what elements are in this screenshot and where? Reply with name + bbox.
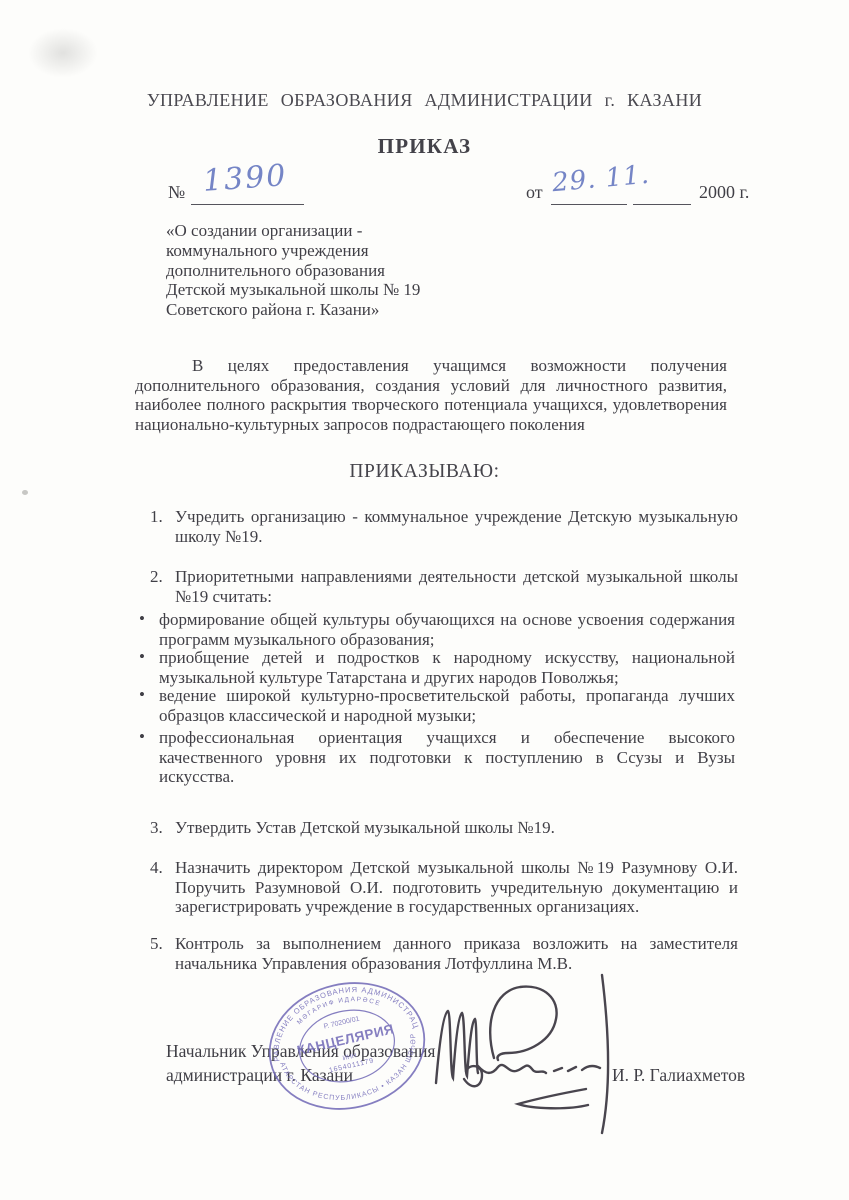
subject-block: «О создании организации - коммунального … [166, 221, 420, 320]
date-prefix: от [526, 182, 543, 203]
bullet-marker: • [139, 727, 145, 747]
item-text: Назначить директором Детской музыкальной… [175, 858, 738, 917]
bullet-marker: • [139, 647, 145, 667]
item-text: Приоритетными направлениями деятельности… [175, 567, 738, 606]
order-number-label: № [168, 182, 185, 203]
subject-line: дополнительного образования [166, 261, 420, 281]
subject-line: Детской музыкальной школы № 19 [166, 280, 420, 300]
subject-line: коммунального учреждения [166, 241, 420, 261]
item-number: 5. [150, 934, 163, 954]
bullet-text: приобщение детей и подростков к народном… [159, 648, 735, 687]
item-number: 4. [150, 858, 163, 878]
ordered-item-1: 1. Учредить организацию - коммунальное у… [150, 507, 738, 546]
official-stamp-icon: УПРАВЛЕНИЕ ОБРАЗОВАНИЯ АДМИНИСТРАЦИИ ТАТ… [262, 980, 442, 1125]
bullet-item: • профессиональная ориентация учащихся и… [139, 728, 735, 787]
organization-name: УПРАВЛЕНИЕ ОБРАЗОВАНИЯ АДМИНИСТРАЦИИ г. … [0, 90, 849, 111]
bullet-item: • ведение широкой культурно-просветитель… [139, 686, 735, 725]
handwritten-signature-icon [428, 963, 638, 1148]
item-number: 3. [150, 818, 163, 838]
item-number: 2. [150, 567, 163, 587]
item-text: Учредить организацию - коммунальное учре… [175, 507, 738, 546]
ordered-item-3: 3. Утвердить Устав Детской музыкальной ш… [150, 818, 738, 838]
subject-line: «О создании организации - [166, 221, 420, 241]
item-text: Утвердить Устав Детской музыкальной школ… [175, 818, 738, 838]
ink-speck [22, 490, 28, 495]
stamp-code-text: Р. 70200/01 [323, 1016, 360, 1031]
order-heading: ПРИКАЗЫВАЮ: [0, 461, 849, 483]
bullet-text: ведение широкой культурно-просветительск… [159, 686, 735, 725]
preamble: В целях предоставления учащимся возможно… [135, 356, 727, 434]
bullet-item: • приобщение детей и подростков к народн… [139, 648, 735, 687]
document-title: ПРИКАЗ [0, 134, 849, 159]
bullet-marker: • [139, 685, 145, 705]
scan-smudge [28, 28, 98, 78]
bullet-text: формирование общей культуры обучающихся … [159, 610, 735, 649]
ordered-item-4: 4. Назначить директором Детской музыкаль… [150, 858, 738, 917]
document-page: УПРАВЛЕНИЕ ОБРАЗОВАНИЯ АДМИНИСТРАЦИИ г. … [0, 0, 849, 1200]
bullet-item: • формирование общей культуры обучающихс… [139, 610, 735, 649]
handwritten-order-number: 1390 [202, 158, 289, 199]
ordered-item-2: 2. Приоритетными направлениями деятельно… [150, 567, 738, 606]
date-year: 2000 г. [699, 182, 749, 203]
bullet-text: профессиональная ориентация учащихся и о… [159, 728, 735, 787]
bullet-marker: • [139, 609, 145, 629]
subject-line: Советского района г. Казани» [166, 300, 420, 320]
item-number: 1. [150, 507, 163, 527]
